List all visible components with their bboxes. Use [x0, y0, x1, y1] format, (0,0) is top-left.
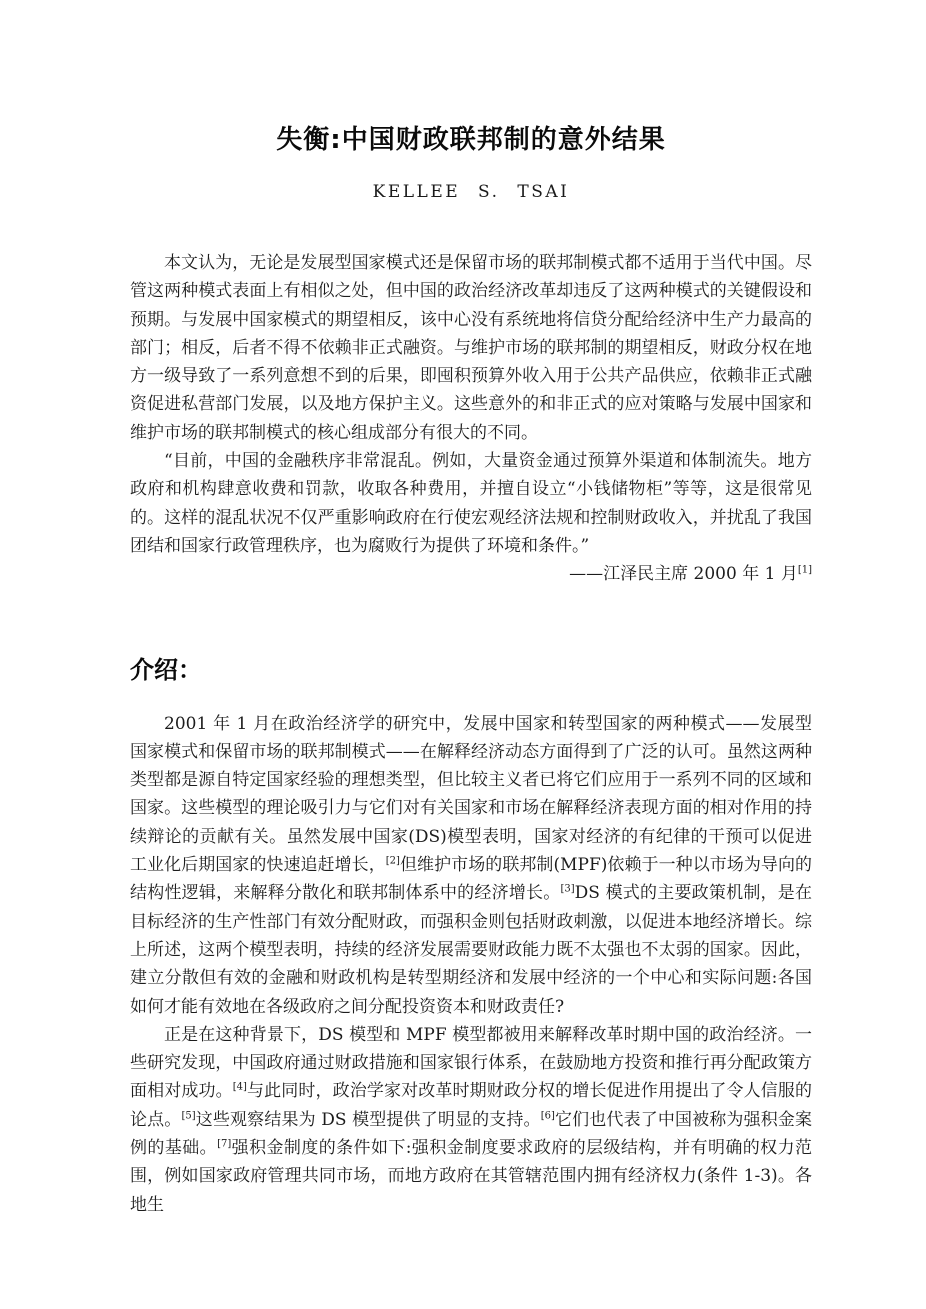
document-body: 本文认为，无论是发展型国家模式还是保留市场的联邦制模式都不适用于当代中国。尽管这… — [130, 249, 812, 1219]
text-run: ——江泽民主席 2000 年 1 月 — [569, 564, 798, 584]
intro-paragraph-2: 正是在这种背景下，DS 模型和 MPF 模型都被用来解释改革时期中国的政治经济。… — [130, 1021, 812, 1219]
footnote-ref: [1] — [798, 565, 812, 576]
quote-attribution: ——江泽民主席 2000 年 1 月[1] — [130, 560, 812, 588]
abstract-paragraph: 本文认为，无论是发展型国家模式还是保留市场的联邦制模式都不适用于当代中国。尽管这… — [130, 249, 812, 447]
author-name: KELLEE S. TSAI — [130, 181, 812, 203]
footnote-ref: [7] — [217, 1138, 231, 1149]
text-run: 2001 年 1 月在政治经济学的研究中，发展中国家和转型国家的两种模式——发展… — [130, 714, 812, 875]
footnote-ref: [2] — [386, 855, 400, 866]
quote-paragraph: “目前，中国的金融秩序非常混乱。例如，大量资金通过预算外渠道和体制流失。地方政府… — [130, 447, 812, 560]
section-heading-introduction: 介绍： — [130, 655, 812, 685]
text-run: 这些观察结果为 DS 模型提供了明显的支持。 — [196, 1110, 541, 1130]
document-page: 失衡:中国财政联邦制的意外结果 KELLEE S. TSAI 本文认为，无论是发… — [0, 0, 926, 1309]
intro-paragraph-1: 2001 年 1 月在政治经济学的研究中，发展中国家和转型国家的两种模式——发展… — [130, 710, 812, 1021]
footnote-ref: [6] — [541, 1110, 555, 1121]
footnote-ref: [5] — [181, 1110, 195, 1121]
footnote-ref: [4] — [233, 1082, 247, 1093]
text-run: 强积金制度的条件如下:强积金制度要求政府的层级结构，并有明确的权力范围，例如国家… — [130, 1138, 812, 1215]
document-title: 失衡:中国财政联邦制的意外结果 — [130, 125, 812, 155]
footnote-ref: [3] — [561, 884, 575, 895]
